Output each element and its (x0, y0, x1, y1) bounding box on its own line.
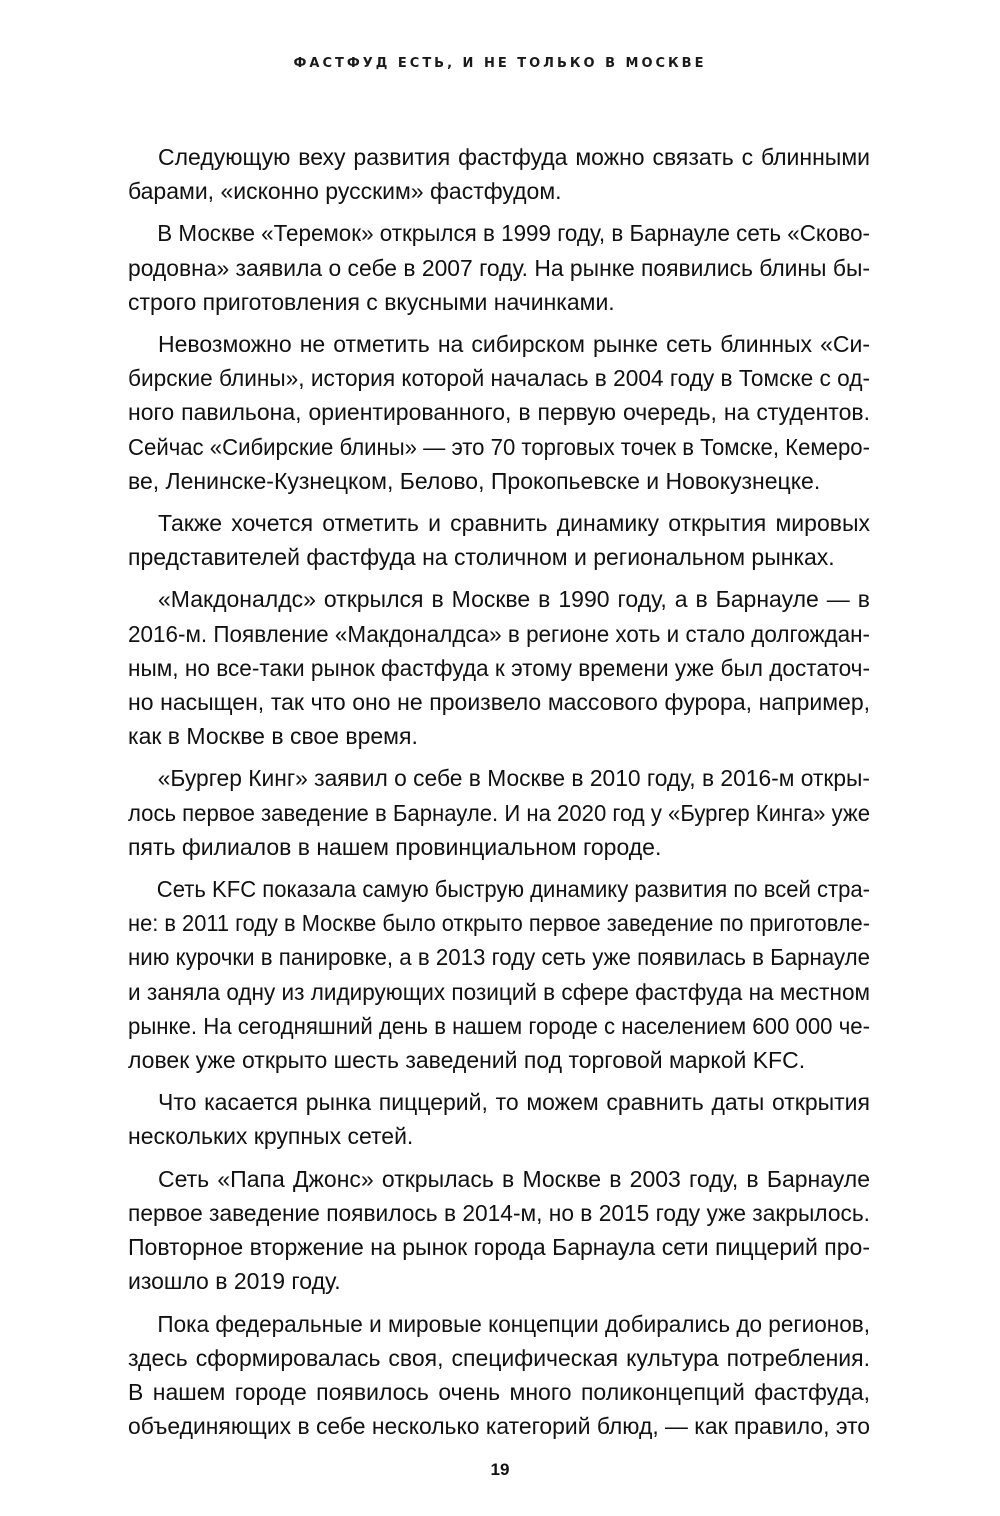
paragraph: Сеть «Папа Джонс» открылась в Москве в 2… (128, 1162, 870, 1299)
text-line: «Макдоналдс» открылся в Москве в 1990 го… (128, 582, 870, 616)
text-line: барами, «исконно русским» фастфудом. (128, 174, 870, 208)
text-line: ным, но все-таки рынок фастфуда к этому … (128, 651, 858, 685)
page-number: 19 (0, 1460, 1000, 1480)
text-line: строго приготовления с вкусными начинкам… (128, 285, 870, 319)
text-line: ловек уже открыто шесть заведений под то… (128, 1043, 870, 1077)
text-line: нию курочки в панировке, а в 2013 году с… (128, 940, 846, 974)
text-line: В Москве «Теремок» открылся в 1999 году,… (128, 216, 851, 250)
text-line: но насыщен, так что оно не произвело мас… (128, 685, 870, 719)
text-line: не: в 2011 году в Москве было открыто пе… (128, 906, 833, 940)
text-line: Сеть KFC показала самую быструю динамику… (128, 872, 840, 906)
text-line: ве, Ленинске-Кузнецком, Белово, Прокопье… (128, 464, 870, 498)
paragraph: «Бургер Кинг» заявил о себе в Москве в 2… (128, 761, 870, 864)
text-line: пять филиалов в нашем провинциальном гор… (128, 830, 870, 864)
paragraph: Следующую веху развития фастфуда можно с… (128, 140, 870, 208)
text-line: бирские блины», история которой началась… (128, 361, 859, 395)
paragraph: Невозможно не отметить на сибирском рынк… (128, 327, 870, 498)
text-line: лось первое заведение в Барнауле. И на 2… (128, 796, 842, 830)
paragraph: Пока федеральные и мировые концепции доб… (128, 1307, 870, 1444)
text-line: Невозможно не отметить на сибирском рынк… (128, 327, 870, 361)
text-line: нескольких крупных сетей. (128, 1119, 870, 1153)
text-line: Сейчас «Сибирские блины» — это 70 торгов… (128, 430, 843, 464)
text-line: первое заведение появилось в 2014-м, но … (128, 1196, 862, 1230)
text-line: родовна» заявила о себе в 2007 году. На … (128, 251, 866, 285)
paragraph: «Макдоналдс» открылся в Москве в 1990 го… (128, 582, 870, 753)
text-line: Повторное вторжение на рынок города Барн… (128, 1230, 870, 1264)
text-line: «Бургер Кинг» заявил о себе в Москве в 2… (128, 761, 864, 795)
book-page: ФАСТФУД ЕСТЬ, И НЕ ТОЛЬКО В МОСКВЕ Следу… (0, 0, 1000, 1516)
text-line: Пока федеральные и мировые концепции доб… (128, 1307, 855, 1341)
text-line: изошло в 2019 году. (128, 1264, 870, 1298)
text-line: Также хочется отметить и сравнить динами… (128, 506, 870, 540)
text-line: ного павильона, ориентированного, в перв… (128, 395, 870, 429)
paragraph: Сеть KFC показала самую быструю динамику… (128, 872, 870, 1077)
text-line: объединяющих в себе несколько категорий … (128, 1409, 867, 1443)
paragraph: Также хочется отметить и сравнить динами… (128, 506, 870, 574)
text-line: представителей фастфуда на столичном и р… (128, 540, 870, 574)
text-line: рынке. На сегодняшний день в нашем город… (128, 1009, 844, 1043)
paragraph: В Москве «Теремок» открылся в 1999 году,… (128, 216, 870, 319)
text-line: В нашем городе появилось очень много пол… (128, 1375, 870, 1409)
text-line: как в Москве в свое время. (128, 719, 870, 753)
text-line: 2016-м. Появление «Макдоналдса» в регион… (128, 617, 853, 651)
text-line: и заняла одну из лидирующих позиций в сф… (128, 975, 855, 1009)
body-text: Следующую веху развития фастфуда можно с… (128, 140, 870, 1451)
text-line: Следующую веху развития фастфуда можно с… (128, 140, 870, 174)
text-line: Сеть «Папа Джонс» открылась в Москве в 2… (128, 1162, 870, 1196)
text-line: здесь сформировалась своя, специфическая… (128, 1341, 870, 1375)
running-head: ФАСТФУД ЕСТЬ, И НЕ ТОЛЬКО В МОСКВЕ (0, 56, 1000, 71)
paragraph: Что касается рынка пиццерий, то можем ср… (128, 1085, 870, 1153)
text-line: Что касается рынка пиццерий, то можем ср… (128, 1085, 870, 1119)
